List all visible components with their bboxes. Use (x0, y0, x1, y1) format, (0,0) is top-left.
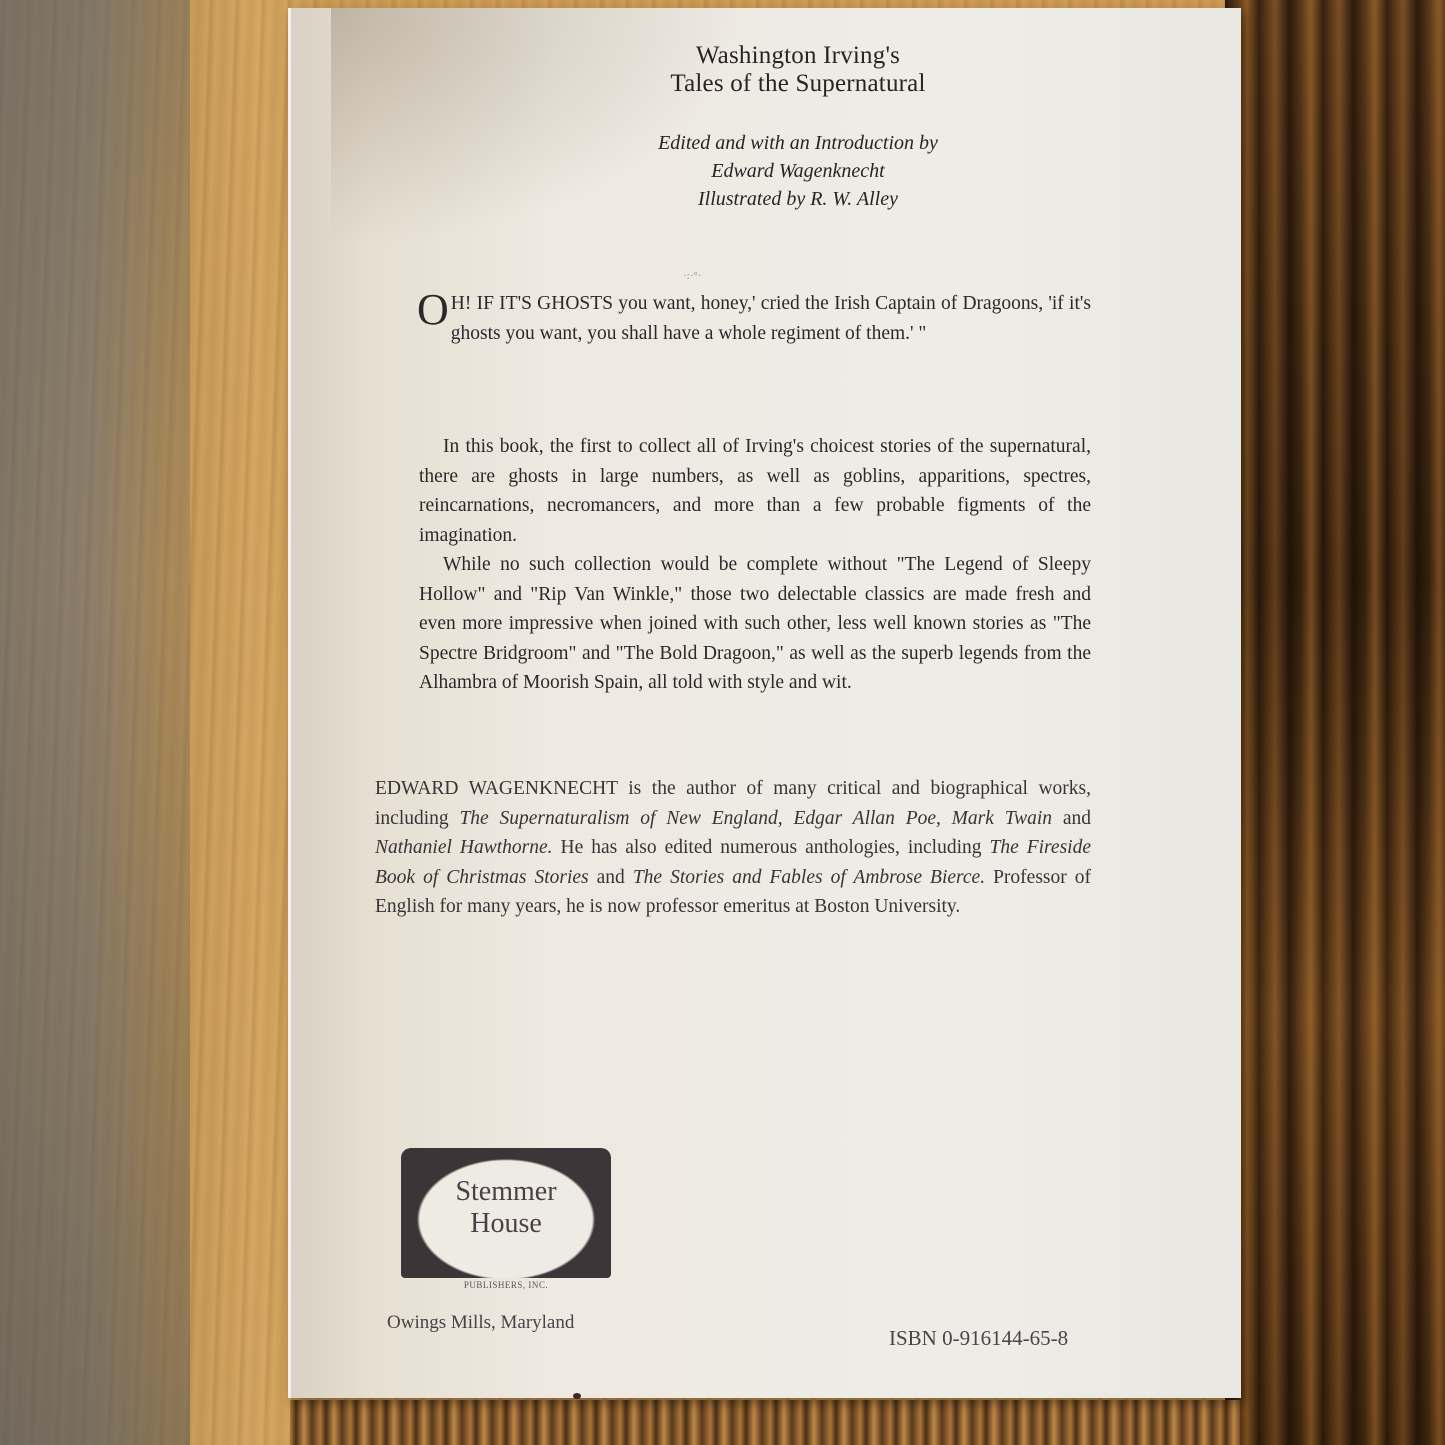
wood-table-left-stain (0, 0, 190, 1445)
book-title-line1: Washington Irving's (323, 42, 1273, 70)
publisher-location: Owings Mills, Maryland (387, 1312, 574, 1334)
book-title-line2: Tales of the Supernatural (323, 70, 1273, 98)
publisher-subtitle: PUBLISHERS, INC. (401, 1280, 611, 1290)
bio-text: and (1052, 808, 1091, 829)
credit-illustrator: Illustrated by R. W. Alley (323, 188, 1273, 211)
bio-work-title: The Supernaturalism of New England, Edga… (459, 808, 1052, 829)
quote-smallcaps: H! IF IT'S GHOSTS (451, 293, 613, 314)
credit-editor-name: Edward Wagenknecht (323, 160, 1273, 183)
bio-text: He has also edited numerous anthologies,… (553, 837, 990, 858)
isbn: ISBN 0-916144-65-8 (889, 1326, 1068, 1351)
publisher-name-line1: Stemmer (401, 1176, 611, 1208)
wood-table-right (1225, 0, 1445, 1445)
author-bio: EDWARD WAGENKNECHT is the author of many… (375, 774, 1091, 922)
publisher-name-line2: House (401, 1208, 611, 1240)
paper-smudge: ·:·°· (683, 270, 743, 280)
opening-quote: OH! IF IT'S GHOSTS you want, honey,' cri… (419, 289, 1091, 348)
bio-work-title: The Stories and Fables of Ambrose Bierce… (633, 867, 985, 888)
bio-text: and (589, 867, 633, 888)
intro-paragraph: In this book, the first to collect all o… (419, 432, 1091, 550)
intro-paragraph: While no such collection would be comple… (419, 550, 1091, 698)
author-name: EDWARD WAGENKNECHT (375, 778, 618, 799)
publisher-logo: Stemmer House PUBLISHERS, INC. (401, 1148, 611, 1298)
credit-editor-label: Edited and with an Introduction by (323, 132, 1273, 155)
bio-work-title: Nathaniel Hawthorne. (375, 837, 553, 858)
paper-speck (573, 1393, 581, 1399)
drop-cap: O (417, 295, 449, 325)
book-back-cover: Washington Irving's Tales of the Superna… (288, 8, 1241, 1398)
intro-text: In this book, the first to collect all o… (419, 432, 1091, 698)
wood-table-bottom (290, 1400, 1240, 1445)
